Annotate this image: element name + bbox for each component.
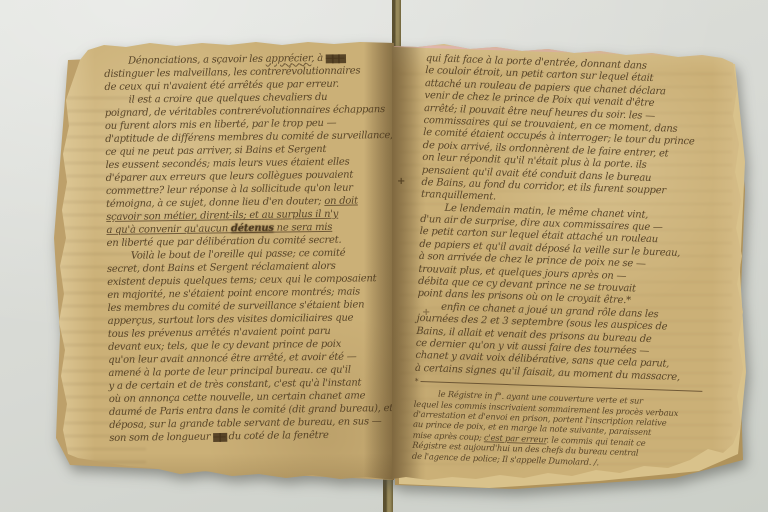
strike-text: ▆▆: [213, 431, 226, 442]
handwriting-text: a qu'à convenir qu'aucun: [106, 223, 231, 236]
open-manuscript-book: Dénonciations, a sçavoir les apprécier, …: [0, 0, 768, 512]
strike-text: ▆▆▆: [326, 53, 345, 64]
blot-text: détenus: [231, 223, 274, 235]
right-page: + + qui fait face à la porte d'entrée, d…: [392, 36, 748, 486]
left-page-main-text: Dénonciations, a sçavoir les apprécier, …: [104, 51, 401, 445]
photo-background: Dénonciations, a sçavoir les apprécier, …: [0, 0, 768, 512]
handwriting-text: Dénonciations, a sçavoir les: [128, 54, 266, 67]
ul-wavy-text: apprécier: [266, 53, 312, 65]
handwriting-text: du coté de la fenêtre: [226, 430, 329, 442]
right-page-text: qui fait face à la porte d'entrée, donna…: [412, 53, 728, 471]
handwriting-line: son som de longueur ▆▆ du coté de la fen…: [109, 428, 401, 445]
ul-text: on doit: [324, 195, 358, 206]
footnote-asterisk: *: [414, 377, 418, 386]
handwriting-text: , à: [311, 53, 326, 64]
margin-cross-mark: +: [397, 176, 405, 187]
handwriting-text: tranquillement.: [421, 189, 496, 203]
left-page-text: Dénonciations, a sçavoir les apprécier, …: [104, 51, 401, 445]
handwriting-text: ne sera mis: [274, 222, 333, 234]
right-page-footnote-text: le Régistre in f°. ayant une couverture …: [412, 388, 716, 471]
handwriting-text: son som de longueur: [109, 432, 213, 444]
right-page-main-text: qui fait face à la porte d'entrée, donna…: [415, 53, 728, 385]
left-page: Dénonciations, a sçavoir les apprécier, …: [54, 38, 394, 480]
